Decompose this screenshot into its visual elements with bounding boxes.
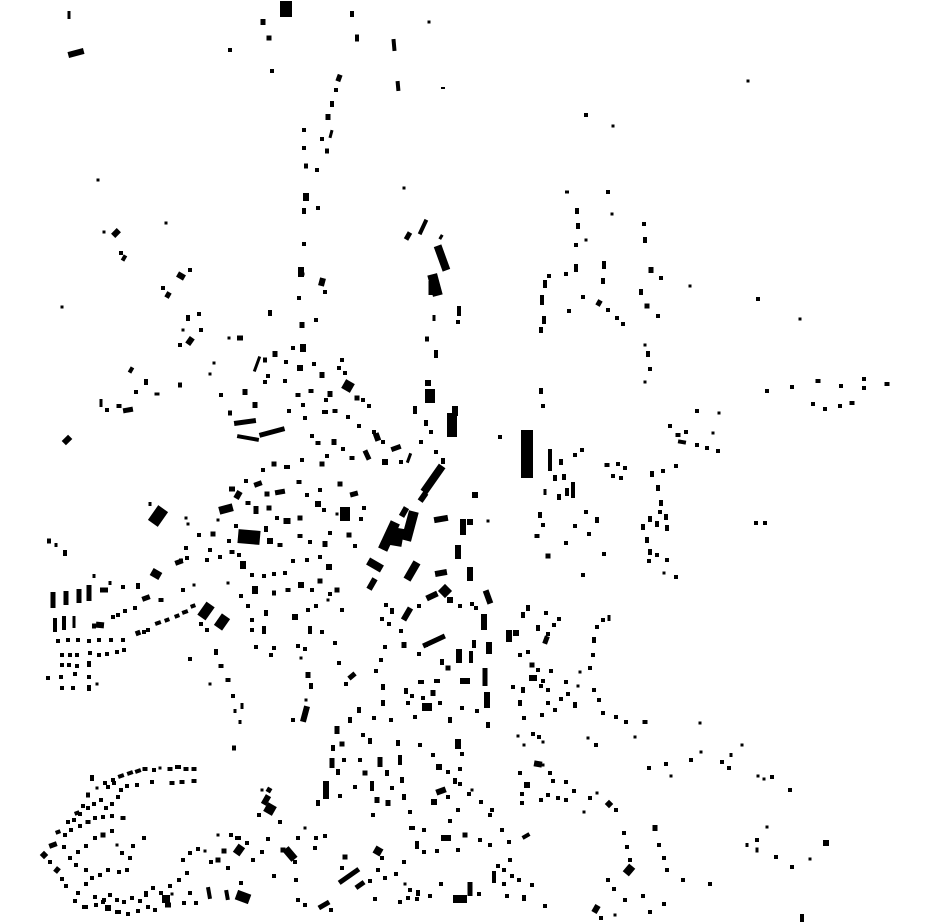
- building-footprint: [333, 409, 338, 413]
- building-footprint: [413, 715, 417, 719]
- building-footprint: [315, 501, 321, 507]
- building-footprint: [705, 446, 709, 450]
- building-footprint: [170, 781, 175, 785]
- building-footprint: [329, 908, 333, 912]
- building-footprint: [581, 295, 585, 299]
- building-footprint: [363, 771, 368, 776]
- building-footprint: [524, 782, 530, 788]
- building-footprint: [614, 808, 618, 812]
- building-footprint: [48, 860, 52, 864]
- building-footprint: [239, 720, 242, 724]
- building-footprint: [275, 516, 279, 520]
- building-footprint: [387, 622, 391, 626]
- building-footprint: [193, 584, 196, 587]
- building-footprint: [175, 765, 181, 769]
- building-footprint: [662, 902, 666, 906]
- building-footprint: [64, 591, 69, 605]
- building-footprint: [254, 506, 259, 514]
- building-footprint: [623, 898, 627, 902]
- building-footprint: [885, 382, 890, 386]
- building-footprint: [303, 193, 309, 201]
- building-footprint: [291, 718, 295, 722]
- building-footprint: [379, 658, 383, 662]
- building-footprint: [162, 895, 170, 903]
- building-footprint: [237, 553, 241, 557]
- building-footprint: [584, 113, 588, 117]
- building-footprint: [518, 653, 522, 657]
- building-footprint: [668, 424, 672, 428]
- building-footprint: [112, 781, 116, 785]
- building-footprint: [434, 350, 438, 358]
- building-footprint: [381, 440, 385, 444]
- building-footprint: [389, 718, 393, 722]
- building-footprint: [314, 604, 318, 608]
- building-footprint: [506, 630, 512, 642]
- building-footprint: [280, 1, 292, 17]
- building-footprint: [573, 453, 577, 457]
- building-footprint: [273, 351, 278, 357]
- building-footprint: [250, 618, 254, 622]
- building-footprint: [556, 796, 560, 800]
- building-footprint: [595, 625, 599, 629]
- building-footprint: [571, 482, 575, 498]
- building-footprint: [467, 567, 473, 581]
- building-footprint: [187, 523, 190, 526]
- building-footprint: [642, 222, 646, 226]
- building-footprint: [539, 684, 543, 688]
- building-footprint: [619, 476, 623, 480]
- building-footprint: [278, 543, 283, 547]
- building-footprint: [588, 666, 592, 670]
- building-footprint: [68, 653, 72, 657]
- building-footprint: [478, 838, 482, 842]
- building-footprint: [357, 707, 361, 713]
- building-footprint: [78, 824, 82, 828]
- building-footprint: [456, 649, 462, 663]
- building-footprint: [400, 777, 404, 783]
- building-footprint: [477, 892, 481, 896]
- building-footprint: [241, 703, 244, 709]
- building-footprint: [272, 591, 276, 596]
- building-footprint: [447, 597, 453, 603]
- building-footprint: [566, 692, 570, 696]
- building-footprint: [76, 850, 80, 854]
- building-footprint: [376, 868, 380, 872]
- building-footprint: [81, 804, 85, 808]
- building-footprint: [314, 318, 318, 322]
- building-footprint: [296, 836, 300, 840]
- building-footprint: [47, 539, 51, 544]
- building-footprint: [213, 362, 216, 365]
- building-footprint: [664, 762, 668, 766]
- building-footprint: [88, 651, 92, 655]
- building-footprint: [531, 732, 535, 736]
- building-footprint: [530, 663, 535, 668]
- building-footprint: [188, 851, 192, 855]
- building-footprint: [146, 905, 150, 909]
- building-footprint: [507, 840, 511, 844]
- building-footprint: [63, 550, 67, 556]
- building-footprint: [606, 190, 610, 194]
- building-footprint: [595, 517, 599, 523]
- building-footprint: [601, 278, 605, 284]
- building-footprint: [383, 876, 387, 880]
- building-footprint: [228, 48, 232, 52]
- building-footprint: [453, 778, 457, 784]
- building-footprint: [656, 485, 660, 491]
- building-footprint: [278, 820, 282, 824]
- building-footprint: [136, 583, 140, 589]
- building-footprint: [97, 179, 100, 182]
- building-footprint: [110, 814, 114, 818]
- building-footprint: [574, 264, 578, 272]
- building-footprint: [343, 371, 347, 375]
- building-footprint: [612, 125, 615, 128]
- building-footprint: [239, 594, 243, 598]
- building-footprint: [159, 598, 164, 602]
- building-footprint: [340, 742, 345, 747]
- building-footprint: [272, 572, 276, 576]
- building-footprint: [576, 223, 580, 229]
- building-footprint: [469, 651, 473, 663]
- building-footprint: [219, 664, 224, 668]
- building-footprint: [308, 540, 312, 544]
- building-footprint: [262, 626, 266, 634]
- building-footprint: [115, 898, 119, 902]
- building-footprint: [159, 891, 163, 895]
- building-footprint: [429, 281, 434, 295]
- building-footprint: [267, 506, 272, 511]
- building-footprint: [386, 800, 391, 806]
- building-footprint: [763, 521, 767, 525]
- building-footprint: [82, 905, 88, 909]
- building-footprint: [410, 694, 414, 698]
- building-footprint: [681, 878, 685, 882]
- building-footprint: [375, 797, 380, 803]
- building-footprint: [178, 383, 182, 388]
- building-footprint: [340, 507, 350, 521]
- building-footprint: [301, 403, 305, 407]
- building-footprint: [596, 792, 599, 795]
- building-footprint: [219, 393, 223, 397]
- building-footprint: [404, 688, 408, 694]
- building-footprint: [546, 688, 550, 692]
- building-footprint: [320, 137, 324, 141]
- building-footprint: [332, 439, 337, 445]
- building-footprint: [520, 792, 524, 796]
- building-footprint: [372, 716, 376, 720]
- building-footprint: [522, 895, 526, 901]
- building-footprint: [270, 69, 274, 73]
- building-footprint: [62, 616, 66, 630]
- building-footprint: [741, 744, 744, 747]
- building-footprint: [117, 870, 121, 874]
- building-footprint: [209, 683, 212, 686]
- building-footprint: [292, 614, 298, 620]
- building-footprint: [267, 538, 273, 544]
- building-footprint: [96, 622, 104, 629]
- building-footprint: [406, 896, 410, 900]
- building-footprint: [60, 653, 64, 657]
- building-footprint: [304, 164, 308, 169]
- building-footprint: [229, 487, 235, 492]
- building-footprint: [718, 412, 721, 415]
- building-footprint: [399, 629, 403, 633]
- building-footprint: [66, 820, 70, 824]
- building-footprint: [86, 820, 91, 824]
- building-footprint: [103, 781, 107, 785]
- building-footprint: [587, 737, 590, 740]
- building-footprint: [171, 893, 174, 896]
- building-footprint: [766, 826, 769, 829]
- building-footprint: [75, 653, 79, 657]
- building-footprint: [264, 610, 268, 616]
- building-footprint: [455, 545, 461, 559]
- building-footprint: [564, 272, 568, 276]
- building-footprint: [205, 558, 209, 562]
- building-footprint: [291, 346, 295, 350]
- building-footprint: [93, 574, 96, 578]
- building-footprint: [181, 588, 185, 592]
- building-footprint: [416, 890, 420, 896]
- building-footprint: [398, 900, 402, 904]
- building-footprint: [96, 787, 99, 790]
- building-footprint: [105, 408, 109, 412]
- building-footprint: [261, 19, 266, 25]
- building-footprint: [417, 652, 421, 656]
- building-footprint: [614, 715, 618, 719]
- building-footprint: [108, 893, 112, 897]
- building-footprint: [471, 789, 474, 792]
- building-footprint: [131, 844, 135, 848]
- building-footprint: [467, 519, 473, 525]
- building-footprint: [422, 828, 426, 832]
- building-footprint: [179, 559, 183, 562]
- building-footprint: [574, 243, 578, 247]
- building-footprint: [658, 510, 662, 514]
- building-footprint: [284, 465, 290, 469]
- building-footprint: [69, 828, 73, 832]
- building-footprint: [252, 586, 258, 594]
- building-footprint: [340, 608, 344, 612]
- building-footprint: [86, 793, 90, 798]
- building-footprint: [327, 599, 330, 602]
- building-footprint: [639, 289, 643, 295]
- building-footprint: [592, 688, 596, 692]
- building-footprint: [185, 871, 189, 875]
- building-footprint: [323, 290, 327, 294]
- building-footprint: [474, 606, 478, 610]
- building-footprint: [458, 767, 462, 771]
- building-footprint: [283, 379, 287, 383]
- building-footprint: [460, 706, 464, 710]
- building-footprint: [313, 846, 317, 850]
- building-footprint: [46, 676, 50, 680]
- building-footprint: [565, 488, 569, 496]
- building-footprint: [92, 624, 96, 629]
- building-footprint: [747, 80, 750, 83]
- building-footprint: [316, 800, 320, 806]
- building-footprint: [144, 891, 148, 897]
- building-footprint: [511, 685, 515, 689]
- building-footprint: [670, 775, 673, 778]
- building-footprint: [310, 434, 314, 438]
- building-footprint: [76, 891, 80, 895]
- building-footprint: [788, 788, 792, 792]
- building-footprint: [549, 669, 553, 673]
- building-footprint: [100, 588, 108, 593]
- building-footprint: [338, 482, 343, 487]
- building-footprint: [143, 767, 148, 771]
- building-footprint: [296, 644, 300, 648]
- building-footprint: [302, 208, 306, 214]
- building-footprint: [674, 464, 678, 468]
- building-footprint: [87, 685, 91, 691]
- building-footprint: [188, 657, 192, 661]
- building-footprint: [765, 389, 769, 393]
- building-footprint: [644, 381, 647, 384]
- building-footprint: [490, 808, 494, 812]
- building-footprint: [300, 458, 304, 462]
- building-footprint: [616, 462, 620, 466]
- building-footprint: [394, 872, 398, 876]
- building-footprint: [676, 433, 681, 437]
- building-footprint: [159, 767, 162, 770]
- building-footprint: [770, 775, 774, 779]
- building-footprint: [588, 796, 592, 800]
- building-footprint: [408, 888, 412, 892]
- building-footprint: [647, 559, 651, 563]
- building-footprint: [526, 605, 530, 611]
- building-footprint: [232, 746, 236, 751]
- building-footprint: [440, 659, 444, 665]
- building-footprint: [575, 208, 579, 214]
- building-footprint: [756, 297, 760, 301]
- building-footprint: [800, 914, 804, 922]
- building-footprint: [350, 11, 354, 17]
- building-footprint: [335, 726, 340, 734]
- building-footprint: [546, 554, 551, 559]
- building-footprint: [573, 524, 577, 528]
- building-footprint: [453, 895, 467, 903]
- building-footprint: [850, 401, 855, 405]
- building-footprint: [243, 389, 248, 395]
- building-footprint: [60, 686, 64, 690]
- building-footprint: [823, 407, 827, 411]
- building-footprint: [564, 680, 568, 684]
- building-footprint: [615, 316, 619, 320]
- building-footprint: [128, 856, 132, 860]
- building-footprint: [272, 462, 277, 467]
- building-footprint: [246, 501, 251, 505]
- building-footprint: [235, 836, 241, 840]
- building-footprint: [730, 753, 733, 757]
- building-footprint: [84, 882, 88, 886]
- building-footprint: [657, 843, 661, 847]
- building-footprint: [643, 720, 648, 724]
- building-footprint: [441, 835, 451, 841]
- building-footprint: [460, 519, 466, 535]
- building-footprint: [539, 388, 543, 394]
- building-footprint: [303, 647, 307, 651]
- building-footprint: [316, 206, 320, 210]
- building-footprint: [261, 468, 265, 472]
- building-footprint: [302, 128, 306, 132]
- building-footprint: [168, 884, 172, 888]
- building-footprint: [502, 868, 506, 872]
- building-footprint: [231, 694, 235, 698]
- building-footprint: [245, 841, 249, 845]
- building-footprint: [216, 858, 221, 863]
- building-footprint: [383, 645, 387, 649]
- building-footprint: [101, 833, 106, 838]
- building-footprint: [251, 858, 255, 862]
- building-footprint: [611, 474, 615, 478]
- building-footprint: [433, 315, 436, 321]
- building-footprint: [415, 897, 419, 901]
- building-footprint: [628, 858, 632, 862]
- building-footprint: [580, 448, 584, 452]
- building-footprint: [674, 575, 678, 579]
- building-footprint: [372, 430, 376, 434]
- building-footprint: [359, 517, 363, 521]
- building-footprint: [134, 390, 138, 394]
- building-footprint: [612, 887, 616, 891]
- building-footprint: [165, 903, 171, 908]
- building-footprint: [648, 516, 652, 522]
- building-footprint: [790, 865, 794, 869]
- building-footprint: [754, 521, 758, 525]
- building-footprint: [546, 632, 550, 636]
- building-footprint: [283, 571, 287, 575]
- building-footprint: [439, 882, 443, 886]
- building-footprint: [71, 686, 75, 690]
- building-footprint: [546, 701, 550, 705]
- building-footprint: [457, 306, 461, 316]
- building-footprint: [97, 638, 101, 642]
- building-footprint: [269, 653, 273, 657]
- building-footprint: [188, 268, 192, 272]
- building-footprint: [115, 650, 119, 654]
- building-footprint: [384, 603, 388, 607]
- building-footprint: [665, 525, 669, 531]
- building-footprint: [624, 720, 628, 724]
- building-footprint: [303, 416, 307, 420]
- building-footprint: [308, 626, 312, 634]
- building-footprint: [381, 684, 385, 690]
- building-footprint: [106, 868, 110, 872]
- building-footprint: [77, 589, 82, 603]
- building-footprint: [117, 404, 122, 408]
- building-footprint: [227, 539, 231, 543]
- building-footprint: [318, 488, 322, 492]
- building-footprint: [396, 740, 400, 746]
- building-footprint: [562, 474, 566, 480]
- building-footprint: [217, 519, 220, 522]
- building-footprint: [188, 891, 192, 895]
- building-footprint: [66, 638, 70, 642]
- building-footprint: [564, 798, 568, 802]
- building-footprint: [316, 441, 321, 445]
- building-footprint: [337, 661, 341, 665]
- building-footprint: [116, 613, 120, 617]
- building-footprint: [700, 751, 703, 754]
- building-footprint: [310, 588, 314, 592]
- building-footprint: [535, 534, 540, 538]
- building-footprint: [567, 309, 571, 313]
- building-footprint: [606, 878, 610, 882]
- building-footprint: [665, 868, 669, 872]
